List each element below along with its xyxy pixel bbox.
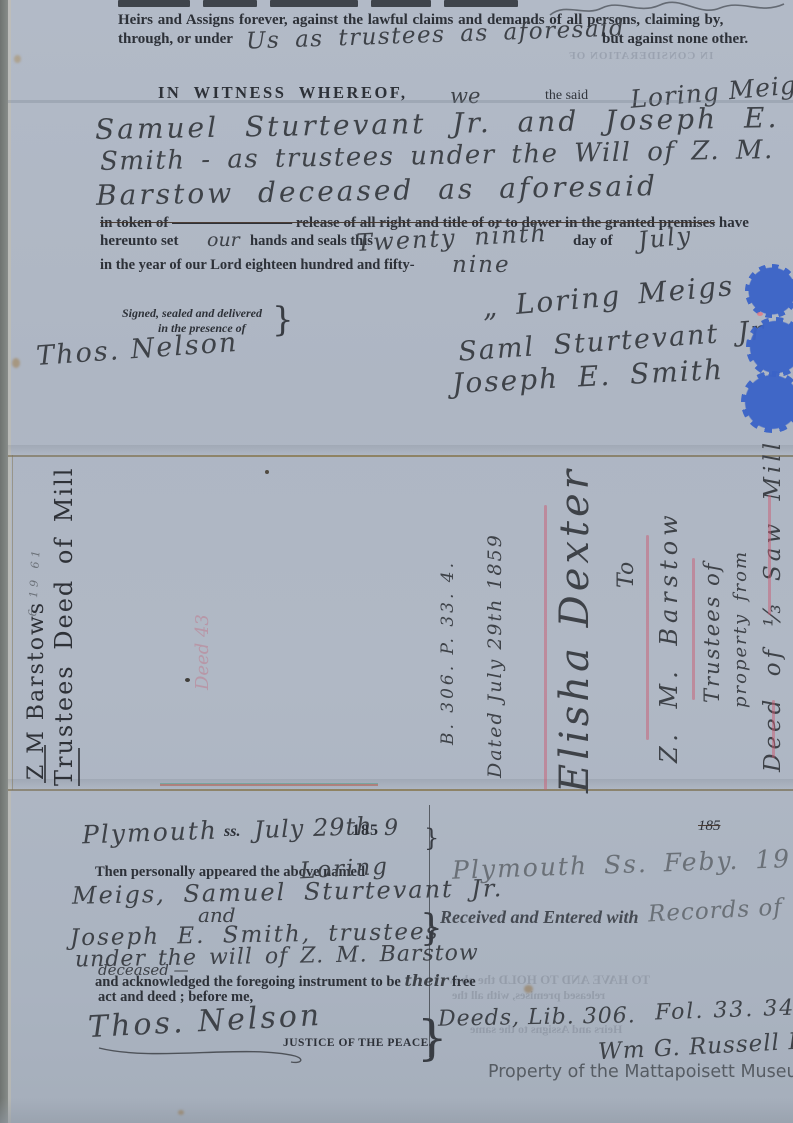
red-underline-grantee bbox=[544, 505, 547, 790]
ruled-line-thin bbox=[160, 783, 378, 786]
bottom-shade bbox=[0, 1098, 793, 1123]
our-handwritten: our bbox=[207, 229, 240, 251]
faint-red-note: Deed 43 bbox=[192, 570, 213, 690]
docket-book-page: B. 306. P. 33. 4. bbox=[438, 500, 458, 745]
red-underline-trustees bbox=[692, 558, 695, 700]
ack-pre-text: and acknowledged the foregoing instrumen… bbox=[95, 974, 401, 990]
wax-seal-3 bbox=[741, 371, 793, 433]
through-line-printed: through, or under bbox=[118, 31, 233, 48]
handwritten-line-3: Barstow deceased as aforesaid bbox=[96, 169, 658, 212]
ack-year-digit: 9 bbox=[384, 816, 398, 841]
ack-instrument-line: and acknowledged the foregoing instrumen… bbox=[95, 971, 476, 991]
red-underline-deed-2 bbox=[772, 700, 775, 758]
fold-shadow-1 bbox=[8, 445, 793, 455]
witness-signature: Thos. Nelson bbox=[35, 327, 239, 372]
red-underline-grantor bbox=[646, 535, 649, 740]
fol-numbers: Fol. 33. 34 bbox=[655, 996, 793, 1026]
pink-fleck bbox=[757, 312, 763, 316]
year-handwritten: nine bbox=[452, 252, 511, 278]
docket-underline-2 bbox=[78, 748, 80, 786]
ack-ss: ss. bbox=[224, 823, 240, 841]
wax-seal-2 bbox=[746, 317, 793, 377]
hands-and-seals: hands and seals this bbox=[250, 233, 373, 250]
stain-1 bbox=[265, 470, 269, 474]
stain-3 bbox=[524, 985, 533, 993]
struck-page-number: 185 bbox=[698, 818, 721, 835]
docket-to: To bbox=[614, 528, 639, 588]
docket-underline-1 bbox=[44, 745, 46, 783]
docket-dated: Dated July 29th 1859 bbox=[484, 538, 506, 778]
wax-seal-1 bbox=[745, 264, 793, 318]
docket-grantor: Z. M. Barstow bbox=[655, 528, 683, 763]
docket-small-note: 6 19 61 bbox=[26, 476, 46, 616]
crease-band bbox=[8, 100, 793, 103]
red-underline-deed-1 bbox=[768, 495, 771, 615]
received-entered-printed: Received and Entered with bbox=[440, 907, 638, 928]
scanner-edge-strip bbox=[0, 0, 8, 1123]
jp-title: JUSTICE OF THE PEACE. bbox=[283, 1037, 432, 1049]
ack-year-printed: 185 bbox=[352, 822, 379, 840]
token-tail-have: have bbox=[719, 215, 749, 231]
paper-edge-line-middle bbox=[12, 455, 13, 790]
docket-title: Trustees Deed of Mill bbox=[50, 471, 78, 786]
fold-line-2 bbox=[8, 789, 793, 791]
jp-signature-flourish bbox=[95, 1042, 315, 1066]
ack-place: Plymouth bbox=[82, 816, 219, 850]
records-of-handwritten: Records of bbox=[647, 894, 783, 927]
register-signature: Wm G. Russell Reg bbox=[597, 1027, 793, 1065]
hereunto-set: hereunto set bbox=[100, 233, 178, 250]
ack-their-hw: their bbox=[404, 971, 448, 990]
docket-property-from: property from bbox=[730, 556, 751, 708]
presence-brace: } bbox=[272, 300, 294, 340]
record-entry-line: Plymouth Ss. Feby. 19. 1861. bbox=[452, 840, 793, 885]
year-line-printed: in the year of our Lord eighteen hundred… bbox=[100, 257, 415, 274]
stain-2 bbox=[185, 678, 190, 682]
museum-watermark: Property of the Mattapoisett Museum bbox=[488, 1062, 793, 1082]
scanned-deed-document: Heirs and Assigns forever, against the l… bbox=[0, 0, 793, 1123]
fold-line-1 bbox=[8, 455, 793, 457]
day-of-printed: day of bbox=[573, 233, 613, 250]
signed-sealed-line1: Signed, sealed and delivered bbox=[122, 306, 262, 321]
clipped-print-fragments bbox=[118, 0, 548, 8]
stain-4 bbox=[178, 1110, 184, 1115]
signature-loring-meigs: „ Loring Meigs bbox=[481, 269, 735, 324]
bleed-through-line-1: TO HAVE AND TO HOLD the abov bbox=[448, 972, 650, 988]
bleed-through-consideration: IN CONSIDERATION OF bbox=[568, 50, 713, 62]
stain-5 bbox=[12, 358, 20, 368]
paper-left-edge bbox=[8, 0, 11, 1123]
month-handwritten: July bbox=[637, 221, 694, 255]
but-against-none-other: but against none other. bbox=[602, 31, 748, 48]
divider-brace-small: } bbox=[424, 824, 439, 852]
fold-shadow-2 bbox=[8, 779, 793, 789]
docket-grantee: Elisha Dexter bbox=[552, 487, 598, 793]
deeds-lib: Deeds, Lib. 306. bbox=[438, 1003, 636, 1031]
docket-trustees-of: Trustees of bbox=[700, 553, 724, 703]
we-handwritten: we bbox=[450, 84, 480, 108]
stain-6 bbox=[14, 55, 21, 63]
